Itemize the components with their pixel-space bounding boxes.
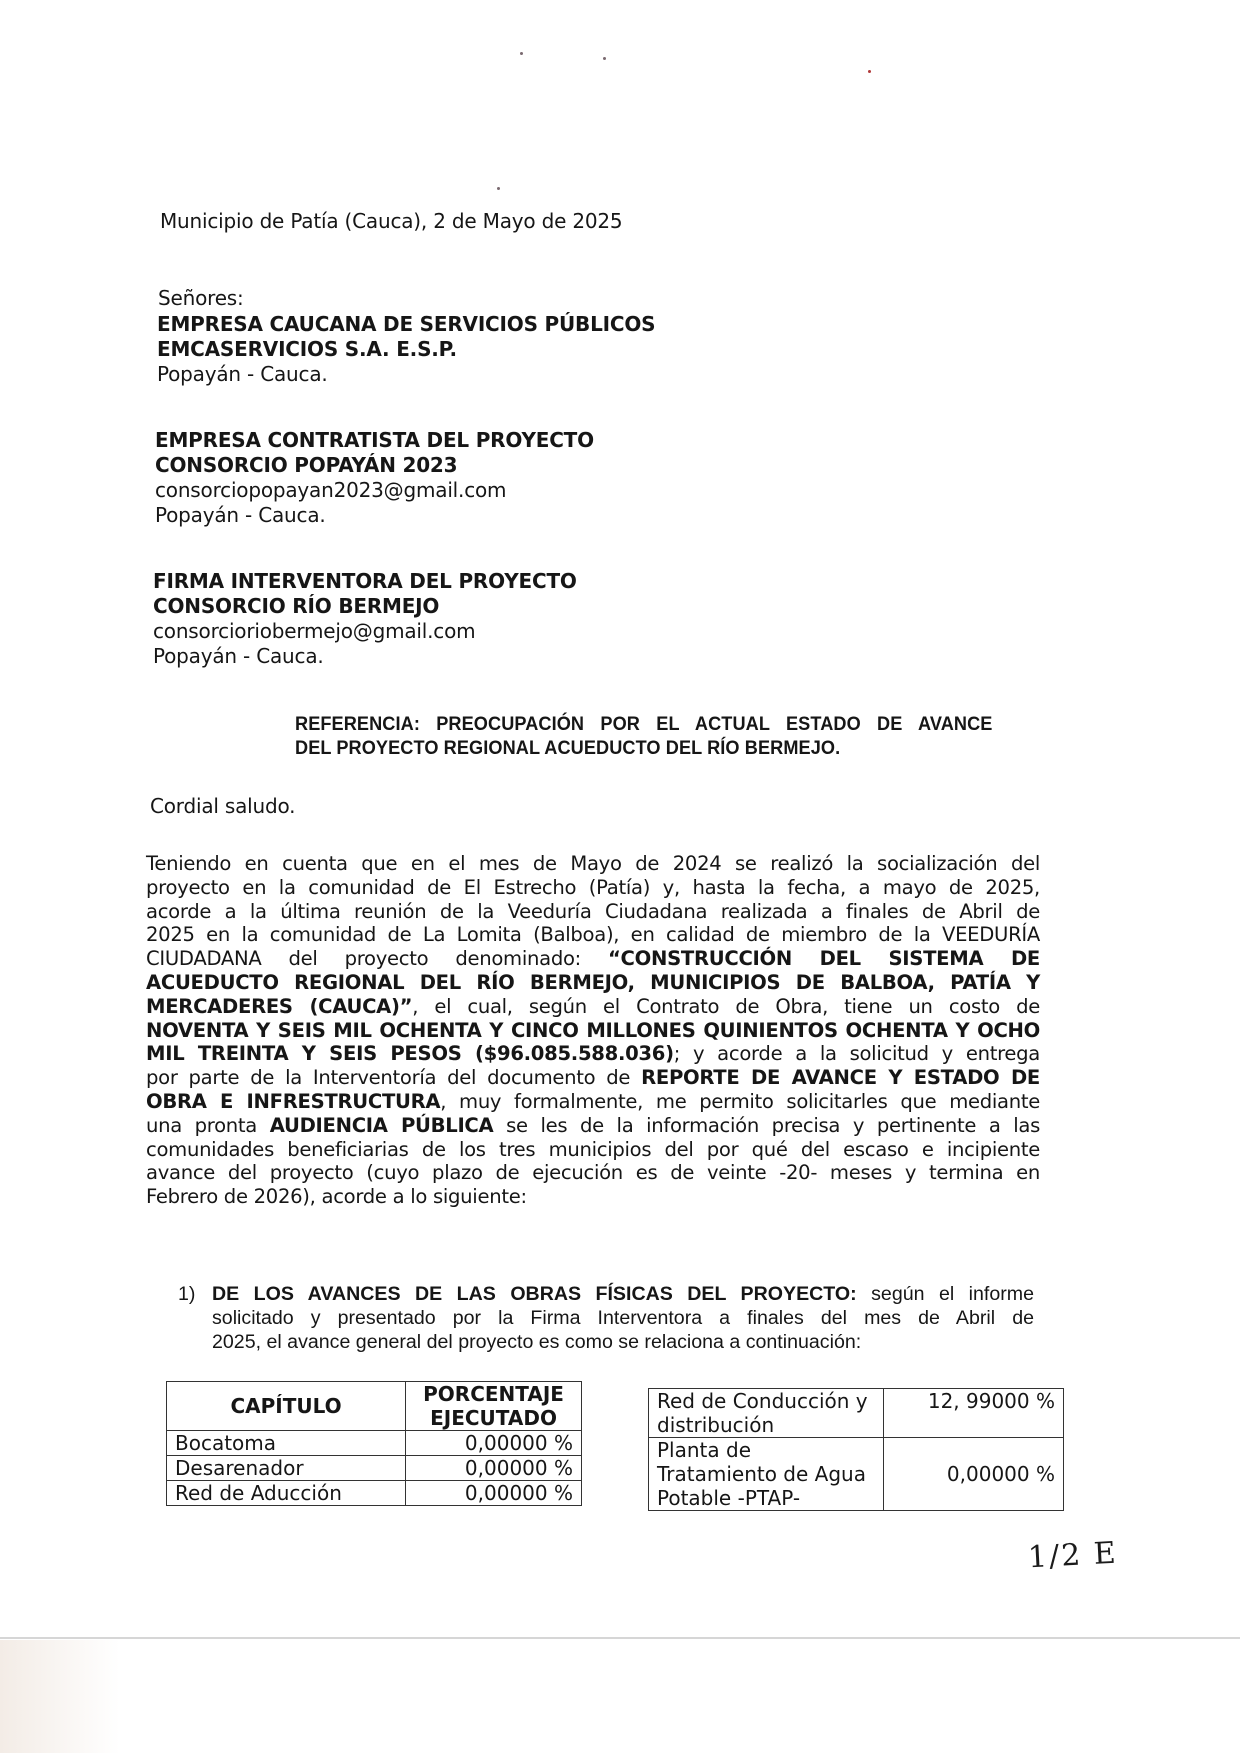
text-run: 2025, el avance general del proyecto es … xyxy=(212,1331,861,1353)
text-run: se les de la información precisa y perti… xyxy=(493,1114,1040,1137)
progress-table-left: CAPÍTULO PORCENTAJE EJECUTADO Bocatoma 0… xyxy=(166,1381,582,1506)
bold-run: DE LOS AVANCES DE LAS OBRAS FÍSICAS DEL … xyxy=(212,1283,857,1305)
bold-run: AUDIENCIA PÚBLICA xyxy=(270,1114,494,1137)
text-run: una pronta xyxy=(146,1114,270,1137)
text-run: 2025 en la comunidad de La Lomita (Balbo… xyxy=(146,923,1040,946)
text-run: según el informe xyxy=(857,1283,1034,1305)
recipient-name: EMPRESA CAUCANA DE SERVICIOS PÚBLICOS xyxy=(157,312,655,337)
bold-run: MERCADERES (CAUCA)” xyxy=(146,995,412,1018)
text-line: ACUEDUCTO REGIONAL DEL RÍO BERMEJO, MUNI… xyxy=(146,971,1040,995)
bold-run: REPORTE DE AVANCE Y ESTADO DE xyxy=(641,1066,1040,1089)
letter-page: Municipio de Patía (Cauca), 2 de Mayo de… xyxy=(0,0,1240,1753)
text-line: por parte de la Interventoría del docume… xyxy=(146,1066,1040,1090)
text-line: MIL TREINTA Y SEIS PESOS ($96.085.588.03… xyxy=(146,1042,1040,1066)
text-line: 2025 en la comunidad de La Lomita (Balbo… xyxy=(146,923,1040,947)
text-run: Teniendo en cuenta que en el mes de Mayo… xyxy=(146,852,1040,875)
scan-speck xyxy=(520,52,523,55)
text-run: CIUDADANA del proyecto denominado: xyxy=(146,947,608,970)
recipient-city: Popayán - Cauca. xyxy=(153,644,577,669)
text-line: CIUDADANA del proyecto denominado: “CONS… xyxy=(146,947,1040,971)
text-line: una pronta AUDIENCIA PÚBLICA se les de l… xyxy=(146,1114,1040,1138)
recipient-block-emcaservicios: EMPRESA CAUCANA DE SERVICIOS PÚBLICOS EM… xyxy=(157,312,655,387)
reference-line: REFERENCIA: PREOCUPACIÓN POR EL ACTUAL E… xyxy=(295,712,993,736)
recipient-name: CONSORCIO POPAYÁN 2023 xyxy=(155,453,594,478)
text-run: Febrero de 2026), acorde a lo siguiente: xyxy=(146,1185,527,1208)
chapter-cell: Planta de Tratamiento de Agua Potable -P… xyxy=(649,1438,884,1511)
scan-speck xyxy=(497,187,500,190)
text-run: comunidades beneficiarias de los tres mu… xyxy=(146,1138,1040,1161)
text-run: proyecto en la comunidad de El Estrecho … xyxy=(146,876,1040,899)
table-row: Red de Conducción y distribución 12, 990… xyxy=(649,1389,1064,1438)
text-line: comunidades beneficiarias de los tres mu… xyxy=(146,1138,1040,1162)
chapter-cell: Red de Conducción y distribución xyxy=(649,1389,884,1438)
chapter-cell: Desarenador xyxy=(167,1456,406,1481)
recipient-email: consorcioriobermejo@gmail.com xyxy=(153,619,577,644)
chapter-cell: Red de Aducción xyxy=(167,1481,406,1506)
bold-run: MIL TREINTA Y SEIS PESOS ($96.085.588.03… xyxy=(146,1042,674,1065)
recipient-city: Popayán - Cauca. xyxy=(155,503,594,528)
bold-run: NOVENTA Y SEIS MIL OCHENTA Y CINCO MILLO… xyxy=(146,1019,1040,1042)
table-row: Red de Aducción 0,00000 % xyxy=(167,1481,582,1506)
text-line: acorde a la última reunión de la Veedurí… xyxy=(146,900,1040,924)
header-percent: PORCENTAJE EJECUTADO xyxy=(406,1382,582,1431)
recipient-name: EMCASERVICIOS S.A. E.S.P. xyxy=(157,337,655,362)
text-line: MERCADERES (CAUCA)”, el cual, según el C… xyxy=(146,995,1040,1019)
recipient-block-interventora: FIRMA INTERVENTORA DEL PROYECTO CONSORCI… xyxy=(153,569,577,669)
recipient-name: EMPRESA CONTRATISTA DEL PROYECTO xyxy=(155,428,594,453)
text-line: Febrero de 2026), acorde a lo siguiente: xyxy=(146,1185,1040,1209)
text-run: , muy formalmente, me permito solicitarl… xyxy=(440,1090,1040,1113)
percent-cell: 0,00000 % xyxy=(406,1431,582,1456)
body-paragraph: Teniendo en cuenta que en el mes de Mayo… xyxy=(146,852,1040,1209)
text-run: solicitado y presentado por la Firma Int… xyxy=(212,1307,1034,1329)
text-run: , el cual, según el Contrato de Obra, ti… xyxy=(412,995,1040,1018)
recipient-name: FIRMA INTERVENTORA DEL PROYECTO xyxy=(153,569,577,594)
greeting: Cordial saludo. xyxy=(150,794,295,819)
item-number: 1) xyxy=(178,1282,195,1306)
text-line: 2025, el avance general del proyecto es … xyxy=(212,1330,1034,1354)
recipient-block-contratista: EMPRESA CONTRATISTA DEL PROYECTO CONSORC… xyxy=(155,428,594,528)
recipient-city: Popayán - Cauca. xyxy=(157,362,655,387)
percent-cell: 0,00000 % xyxy=(406,1456,582,1481)
scan-edge-shade xyxy=(0,1640,120,1753)
item-body: DE LOS AVANCES DE LAS OBRAS FÍSICAS DEL … xyxy=(212,1282,1034,1354)
reference-subject: REFERENCIA: PREOCUPACIÓN POR EL ACTUAL E… xyxy=(295,712,993,760)
bold-run: ACUEDUCTO REGIONAL DEL RÍO BERMEJO, MUNI… xyxy=(146,971,1040,994)
text-line: Teniendo en cuenta que en el mes de Mayo… xyxy=(146,852,1040,876)
table-header-row: CAPÍTULO PORCENTAJE EJECUTADO xyxy=(167,1382,582,1431)
bold-run: “CONSTRUCCIÓN DEL SISTEMA DE xyxy=(608,947,1040,970)
text-line: solicitado y presentado por la Firma Int… xyxy=(212,1306,1034,1330)
percent-cell: 12, 99000 % xyxy=(884,1389,1064,1438)
text-line: OBRA E INFRESTRUCTURA, muy formalmente, … xyxy=(146,1090,1040,1114)
bold-run: OBRA E INFRESTRUCTURA xyxy=(146,1090,440,1113)
recipient-name: CONSORCIO RÍO BERMEJO xyxy=(153,594,577,619)
recipient-email: consorciopopayan2023@gmail.com xyxy=(155,478,594,503)
scan-speck xyxy=(868,70,871,73)
handwritten-page-mark: 1/2 E xyxy=(1027,1536,1118,1576)
header-chapter: CAPÍTULO xyxy=(167,1382,406,1431)
progress-table-right: Red de Conducción y distribución 12, 990… xyxy=(648,1388,1064,1511)
percent-cell: 0,00000 % xyxy=(884,1438,1064,1511)
scan-fold-line xyxy=(0,1637,1240,1639)
place-date: Municipio de Patía (Cauca), 2 de Mayo de… xyxy=(160,209,622,234)
table-row: Bocatoma 0,00000 % xyxy=(167,1431,582,1456)
table-row: Planta de Tratamiento de Agua Potable -P… xyxy=(649,1438,1064,1511)
text-line: NOVENTA Y SEIS MIL OCHENTA Y CINCO MILLO… xyxy=(146,1019,1040,1043)
text-line: avance del proyecto (cuyo plazo de ejecu… xyxy=(146,1161,1040,1185)
text-run: avance del proyecto (cuyo plazo de ejecu… xyxy=(146,1161,1040,1184)
text-line: proyecto en la comunidad de El Estrecho … xyxy=(146,876,1040,900)
text-run: por parte de la Interventoría del docume… xyxy=(146,1066,641,1089)
reference-line: DEL PROYECTO REGIONAL ACUEDUCTO DEL RÍO … xyxy=(295,736,993,760)
text-run: acorde a la última reunión de la Veedurí… xyxy=(146,900,1040,923)
table-row: Desarenador 0,00000 % xyxy=(167,1456,582,1481)
scan-speck xyxy=(603,57,606,60)
salutation: Señores: xyxy=(158,286,244,311)
percent-cell: 0,00000 % xyxy=(406,1481,582,1506)
text-run: ; y acorde a la solicitud y entrega xyxy=(674,1042,1040,1065)
chapter-cell: Bocatoma xyxy=(167,1431,406,1456)
text-line: DE LOS AVANCES DE LAS OBRAS FÍSICAS DEL … xyxy=(212,1282,1034,1306)
